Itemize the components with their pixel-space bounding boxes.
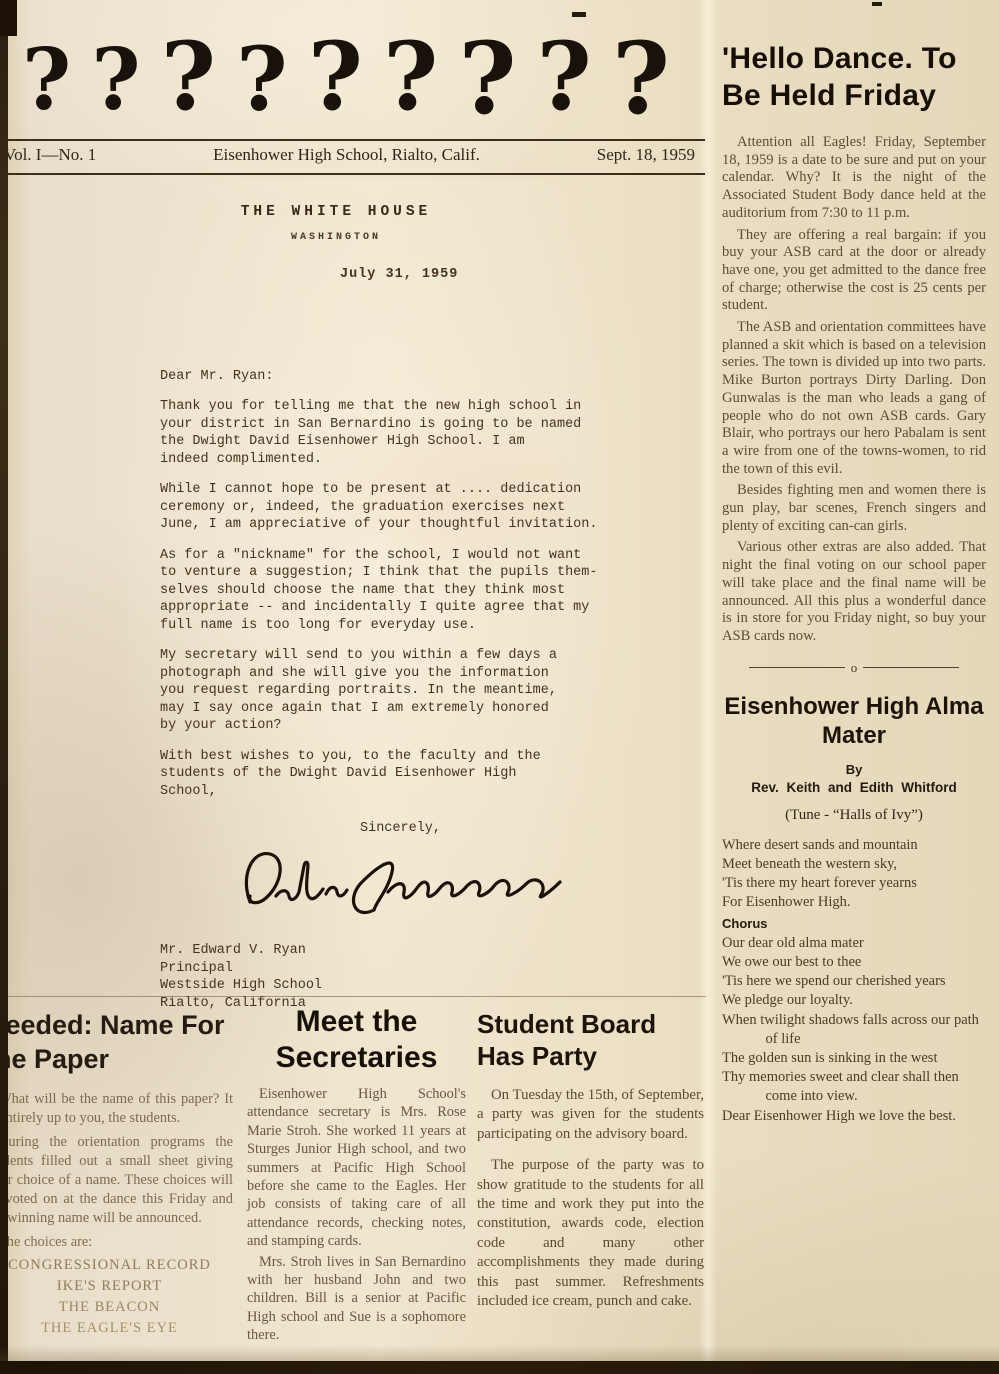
dateline: Vol. I—No. 1 Eisenhower High School, Ria… (0, 143, 705, 165)
hello-dance-headline: 'Hello Dance. To Be Held Friday (722, 40, 986, 114)
question-mark: ? (458, 30, 516, 129)
chorus-line: Our dear old alma mater (722, 934, 986, 953)
question-mark: ? (91, 38, 140, 122)
article-paragraph: What will be the name of this paper? It … (0, 1090, 233, 1128)
letter-paragraph: My secretary will send to you within a f… (160, 647, 626, 735)
scan-edge-bottom (0, 1361, 999, 1374)
alma-mater-verse: Where desert sands and mountain Meet ben… (722, 836, 986, 1126)
masthead-rule-top (0, 139, 705, 141)
article-paragraph: On Tuesday the 15th, of September, a par… (477, 1086, 704, 1144)
letter-paragraph: Thank you for telling me that the new hi… (160, 398, 626, 468)
ink-speck (872, 2, 882, 6)
letter-paragraph: With best wishes to you, to the faculty … (160, 748, 626, 801)
verse-line: Where desert sands and mountain (722, 836, 986, 855)
question-mark: ? (236, 35, 288, 123)
chorus-line: 'Tis here we spend our cherished years (722, 972, 986, 991)
white-house-letter: THE WHITE HOUSE WASHINGTON July 31, 1959… (148, 204, 626, 1012)
student-board-article: Student Board Has Party On Tuesday the 1… (477, 1008, 704, 1311)
letter-paragraph: While I cannot hope to be present at ...… (160, 481, 626, 534)
divider-ornament: o (851, 660, 858, 676)
student-board-headline: Student Board Has Party (477, 1008, 704, 1072)
section-rule (0, 996, 706, 997)
letterhead-subtitle: WASHINGTON (154, 229, 518, 247)
signature (236, 840, 626, 929)
needed-name-headline: Needed: Name For the Paper (0, 1008, 233, 1076)
question-mark: ? (537, 30, 592, 124)
choices-intro: The choices are: (0, 1233, 233, 1252)
article-paragraph: The ASB and orientation committees have … (722, 319, 986, 478)
question-mark: ? (308, 30, 363, 124)
paper-name-choice: THE EAGLE'S EYE (0, 1318, 233, 1339)
chorus-line: We owe our best to thee (722, 953, 986, 972)
letter-closing: Sincerely, (360, 820, 626, 838)
article-paragraph: Besides fighting men and women there is … (722, 482, 986, 535)
letter-salutation: Dear Mr. Ryan: (160, 368, 626, 386)
alma-mater-by-label: By (722, 762, 986, 777)
secretaries-article: Meet the Secretaries Eisenhower High Sch… (247, 1004, 466, 1345)
secretaries-headline: Meet the Secretaries (247, 1004, 466, 1076)
letter-recipient-block: Mr. Edward V. Ryan Principal Westside Hi… (160, 942, 626, 1012)
masthead-question-marks: ? ? ? ? ? ? ? ? ? (22, 30, 670, 129)
student-board-body: On Tuesday the 15th, of September, a par… (477, 1086, 704, 1311)
chorus-line: Dear Eisenhower High we love the best. (722, 1107, 986, 1126)
chorus-line: We pledge our loyalty. (722, 991, 986, 1010)
secretaries-body: Eisenhower High School's attendance secr… (247, 1085, 466, 1345)
divider-line (749, 667, 845, 669)
question-mark: ? (383, 30, 438, 124)
scan-corner-notch (0, 0, 17, 36)
chorus-line: When twilight shadows falls across our p… (722, 1011, 986, 1049)
article-paragraph: Eisenhower High School's attendance secr… (247, 1085, 466, 1251)
scan-bottom-shadow (0, 1345, 999, 1361)
letter-date: July 31, 1959 (148, 266, 626, 284)
article-paragraph: They are offering a real bargain: if you… (722, 227, 986, 316)
chorus-label: Chorus (722, 914, 986, 933)
question-mark: ? (612, 30, 670, 129)
paper-name-choice: THE BEACON (0, 1297, 233, 1318)
question-mark: ? (22, 38, 71, 122)
scan-edge-left (0, 0, 8, 1374)
alma-mater-byline: Rev. Keith and Edith Whitford (722, 780, 986, 795)
section-divider: o (749, 660, 959, 676)
paper-name-choices: CONGRESSIONAL RECORD IKE'S REPORT THE BE… (0, 1255, 233, 1339)
article-paragraph: Mrs. Stroh lives in San Bernardino with … (247, 1253, 466, 1345)
paper-name-choice: CONGRESSIONAL RECORD (0, 1255, 233, 1276)
verse-line: 'Tis there my heart forever yearns (722, 874, 986, 893)
question-mark: ? (161, 30, 216, 124)
masthead-rule-bottom (0, 173, 705, 175)
signature-scrawl (236, 840, 566, 922)
masthead-issue-date: Sept. 18, 1959 (597, 145, 695, 165)
alma-mater-tune: (Tune - “Halls of Ivy”) (722, 807, 986, 824)
verse-line: Meet beneath the western sky, (722, 855, 986, 874)
volume-number: Vol. I—No. 1 (4, 145, 96, 165)
article-paragraph: The purpose of the party was to show gra… (477, 1156, 704, 1311)
newspaper-page: ? ? ? ? ? ? ? ? ? Vol. I—No. 1 Eisenhowe… (0, 0, 999, 1374)
needed-name-body: What will be the name of this paper? It … (0, 1090, 233, 1339)
ink-speck (572, 12, 586, 17)
masthead-school-name: Eisenhower High School, Rialto, Calif. (213, 145, 480, 165)
article-paragraph: Attention all Eagles! Friday, September … (722, 134, 986, 223)
verse-line: For Eisenhower High. (722, 893, 986, 912)
letterhead-title: THE WHITE HOUSE (154, 204, 518, 222)
chorus-line: The golden sun is sinking in the west (722, 1049, 986, 1068)
chorus-line: Thy memories sweet and clear shall then … (722, 1068, 986, 1106)
paper-name-choice: IKE'S REPORT (0, 1276, 233, 1297)
alma-mater-headline: Eisenhower High Alma Mater (722, 692, 986, 750)
article-paragraph: Various other extras are also added. Tha… (722, 539, 986, 645)
hello-dance-body: Attention all Eagles! Friday, September … (722, 134, 986, 646)
divider-line (863, 667, 959, 669)
needed-name-article: Needed: Name For the Paper What will be … (0, 1008, 233, 1339)
article-paragraph: During the orientation programs the stud… (0, 1133, 233, 1228)
right-column: 'Hello Dance. To Be Held Friday Attentio… (722, 40, 986, 1126)
letter-paragraph: As for a "nickname" for the school, I wo… (160, 547, 626, 635)
